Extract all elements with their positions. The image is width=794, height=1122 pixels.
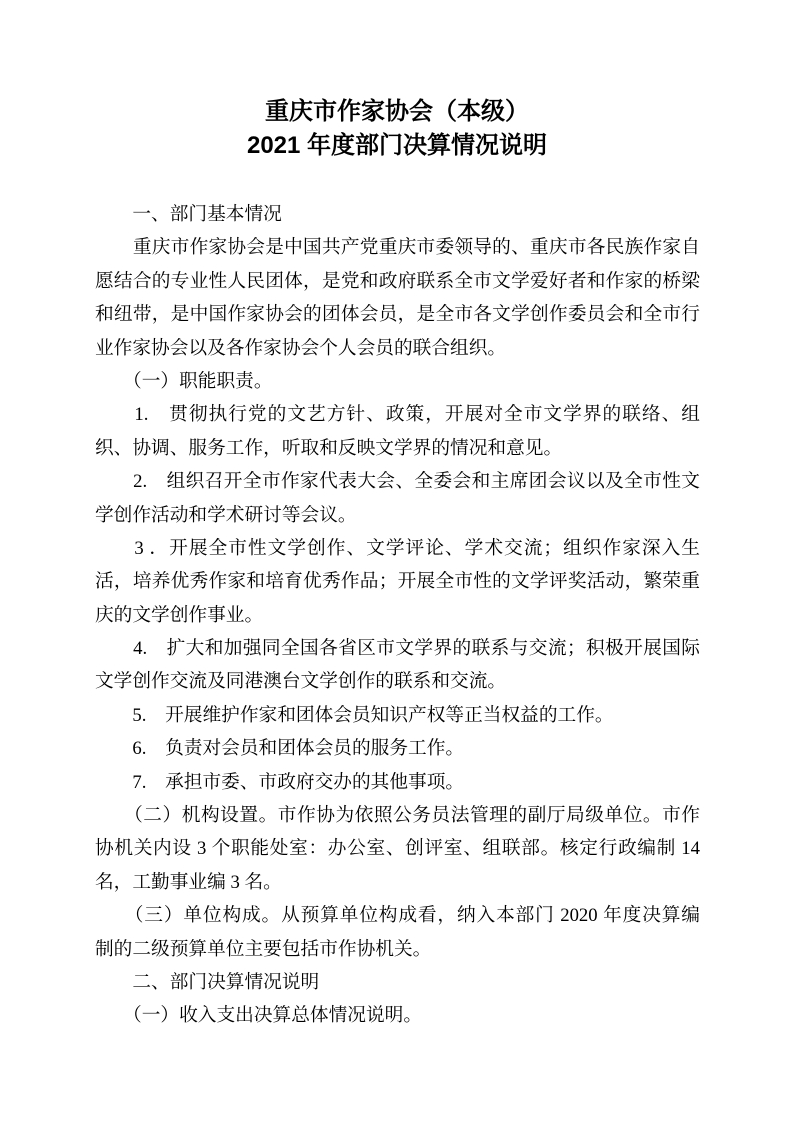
- body-line-14: 4. 扩大和加强同全国各省区市文学界的联系与交流；积极开展国际: [95, 632, 700, 665]
- body-line-11: 3 ．开展全市性文学创作、文学评论、学术交流；组织作家深入生: [95, 532, 700, 565]
- document-page: 重庆市作家协会（本级） 2021 年度部门决算情况说明 一、部门基本情况 重庆市…: [0, 0, 794, 1122]
- body-line-10: 学创作活动和学术研讨等会议。: [95, 499, 700, 532]
- body-line-8: 织、协调、服务工作，听取和反映文学界的情况和意见。: [95, 432, 700, 465]
- body-line-13: 庆的文学创作事业。: [95, 599, 700, 632]
- body-line-9: 2. 组织召开全市作家代表大会、全委会和主席团会议以及全市性文: [95, 465, 700, 498]
- body-line-3: 愿结合的专业性人民团体，是党和政府联系全市文学爱好者和作家的桥梁: [95, 265, 700, 298]
- body-line-23: 制的二级预算单位主要包括市作协机关。: [95, 933, 700, 966]
- body-line-22: （三）单位构成。从预算单位构成看，纳入本部门 2020 年度决算编: [95, 899, 700, 932]
- document-body: 一、部门基本情况 重庆市作家协会是中国共产党重庆市委领导的、重庆市各民族作家自 …: [95, 198, 700, 1033]
- body-line-21: 名，工勤事业编 3 名。: [95, 866, 700, 899]
- body-line-7: 1. 贯彻执行党的文艺方针、政策，开展对全市文学界的联络、组: [95, 398, 700, 431]
- body-line-12: 活，培养优秀作家和培育优秀作品；开展全市性的文学评奖活动，繁荣重: [95, 565, 700, 598]
- body-line-25: （一）收入支出决算总体情况说明。: [95, 999, 700, 1032]
- body-line-4: 和纽带，是中国作家协会的团体会员，是全市各文学创作委员会和全市行: [95, 298, 700, 331]
- body-line-19: （二）机构设置。市作协为依照公务员法管理的副厅局级单位。市作: [95, 799, 700, 832]
- body-line-15: 文学创作交流及同港澳台文学创作的联系和交流。: [95, 665, 700, 698]
- body-line-5: 业作家协会以及各作家协会个人会员的联合组织。: [95, 332, 700, 365]
- body-line-1: 一、部门基本情况: [95, 198, 700, 231]
- body-line-2: 重庆市作家协会是中国共产党重庆市委领导的、重庆市各民族作家自: [95, 231, 700, 264]
- title-line-1: 重庆市作家协会（本级）: [0, 95, 794, 129]
- document-title: 重庆市作家协会（本级） 2021 年度部门决算情况说明: [0, 95, 794, 163]
- body-line-18: 7. 承担市委、市政府交办的其他事项。: [95, 766, 700, 799]
- body-line-20: 协机关内设 3 个职能处室：办公室、创评室、组联部。核定行政编制 14: [95, 832, 700, 865]
- title-line-2: 2021 年度部门决算情况说明: [0, 129, 794, 163]
- body-line-16: 5. 开展维护作家和团体会员知识产权等正当权益的工作。: [95, 699, 700, 732]
- body-line-17: 6. 负责对会员和团体会员的服务工作。: [95, 732, 700, 765]
- body-line-6: （一）职能职责。: [95, 365, 700, 398]
- body-line-24: 二、部门决算情况说明: [95, 966, 700, 999]
